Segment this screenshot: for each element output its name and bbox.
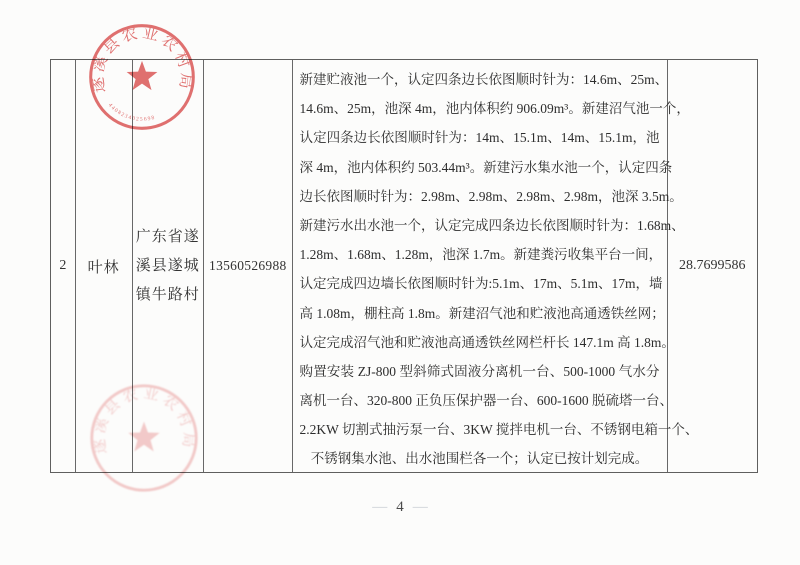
description-line: 新建贮液池一个，认定四条边长依图顺时针为：14.6m、25m、 [300, 65, 660, 94]
phone-number: 13560526988 [209, 258, 287, 274]
description-line: 离机一台、320-800 正负压保护器一台、600-1600 脱硫塔一台、 [300, 386, 660, 415]
record-table: 2 叶林 广东省遂溪县遂城镇牛路村 13560526988 新建贮液池一个，认定… [50, 59, 758, 473]
description-line: 高 1.08m，棚柱高 1.8m。新建沼气池和贮液池高通透铁丝网； [300, 299, 660, 328]
footer-dash-right: — [413, 499, 428, 515]
description-line: 边长依图顺时针为：2.98m、2.98m、2.98m、2.98m，池深 3.5m… [300, 182, 660, 211]
cell-name: 叶林 [76, 60, 133, 472]
description-line: 1.28m、1.68m、1.28m，池深 1.7m。新建粪污收集平台一间， [300, 240, 660, 269]
page-number: 4 [396, 499, 404, 515]
cell-description: 新建贮液池一个，认定四条边长依图顺时针为：14.6m、25m、14.6m、25m… [293, 60, 668, 472]
description-line: 不锈钢集水池、出水池围栏各一个；认定已按计划完成。 [300, 444, 660, 473]
person-name: 叶林 [88, 256, 120, 277]
description-line: 14.6m、25m，池深 4m，池内体积约 906.09m³。新建沼气池一个， [300, 94, 660, 123]
description-line: 购置安装 ZJ-800 型斜筛式固液分离机一台、500-1000 气水分 [300, 357, 660, 386]
footer-dash-left: — [372, 499, 387, 515]
amount-value: 28.7699586 [679, 258, 746, 274]
cell-phone: 13560526988 [204, 60, 292, 472]
description-line: 深 4m，池内体积约 503.44m³。新建污水集水池一个，认定四条 [300, 153, 660, 182]
cell-row-index: 2 [51, 60, 76, 472]
description-line: 认定四条边长依图顺时针为：14m、15.1m、14m、15.1m，池 [300, 123, 660, 152]
description-line: 新建污水出水池一个，认定完成四条边长依图顺时针为：1.68m、 [300, 211, 660, 240]
description-line: 认定完成沼气池和贮液池高通透铁丝网栏杆长 147.1m 高 1.8m。 [300, 328, 660, 357]
description-line: 2.2KW 切割式抽污泵一台、3KW 搅拌电机一台、不锈钢电箱一个、 [300, 415, 660, 444]
description-line: 认定完成四边墙长依图顺时针为:5.1m、17m、5.1m、17m，墙 [300, 269, 660, 298]
address-line: 镇牛路村 [136, 281, 200, 310]
cell-amount: 28.7699586 [668, 60, 757, 472]
cell-address: 广东省遂溪县遂城镇牛路村 [133, 60, 205, 472]
row-index: 2 [59, 258, 66, 274]
address-line: 溪县遂城 [136, 252, 200, 281]
address-line: 广东省遂 [136, 223, 200, 252]
page-footer: —4— [0, 499, 800, 516]
